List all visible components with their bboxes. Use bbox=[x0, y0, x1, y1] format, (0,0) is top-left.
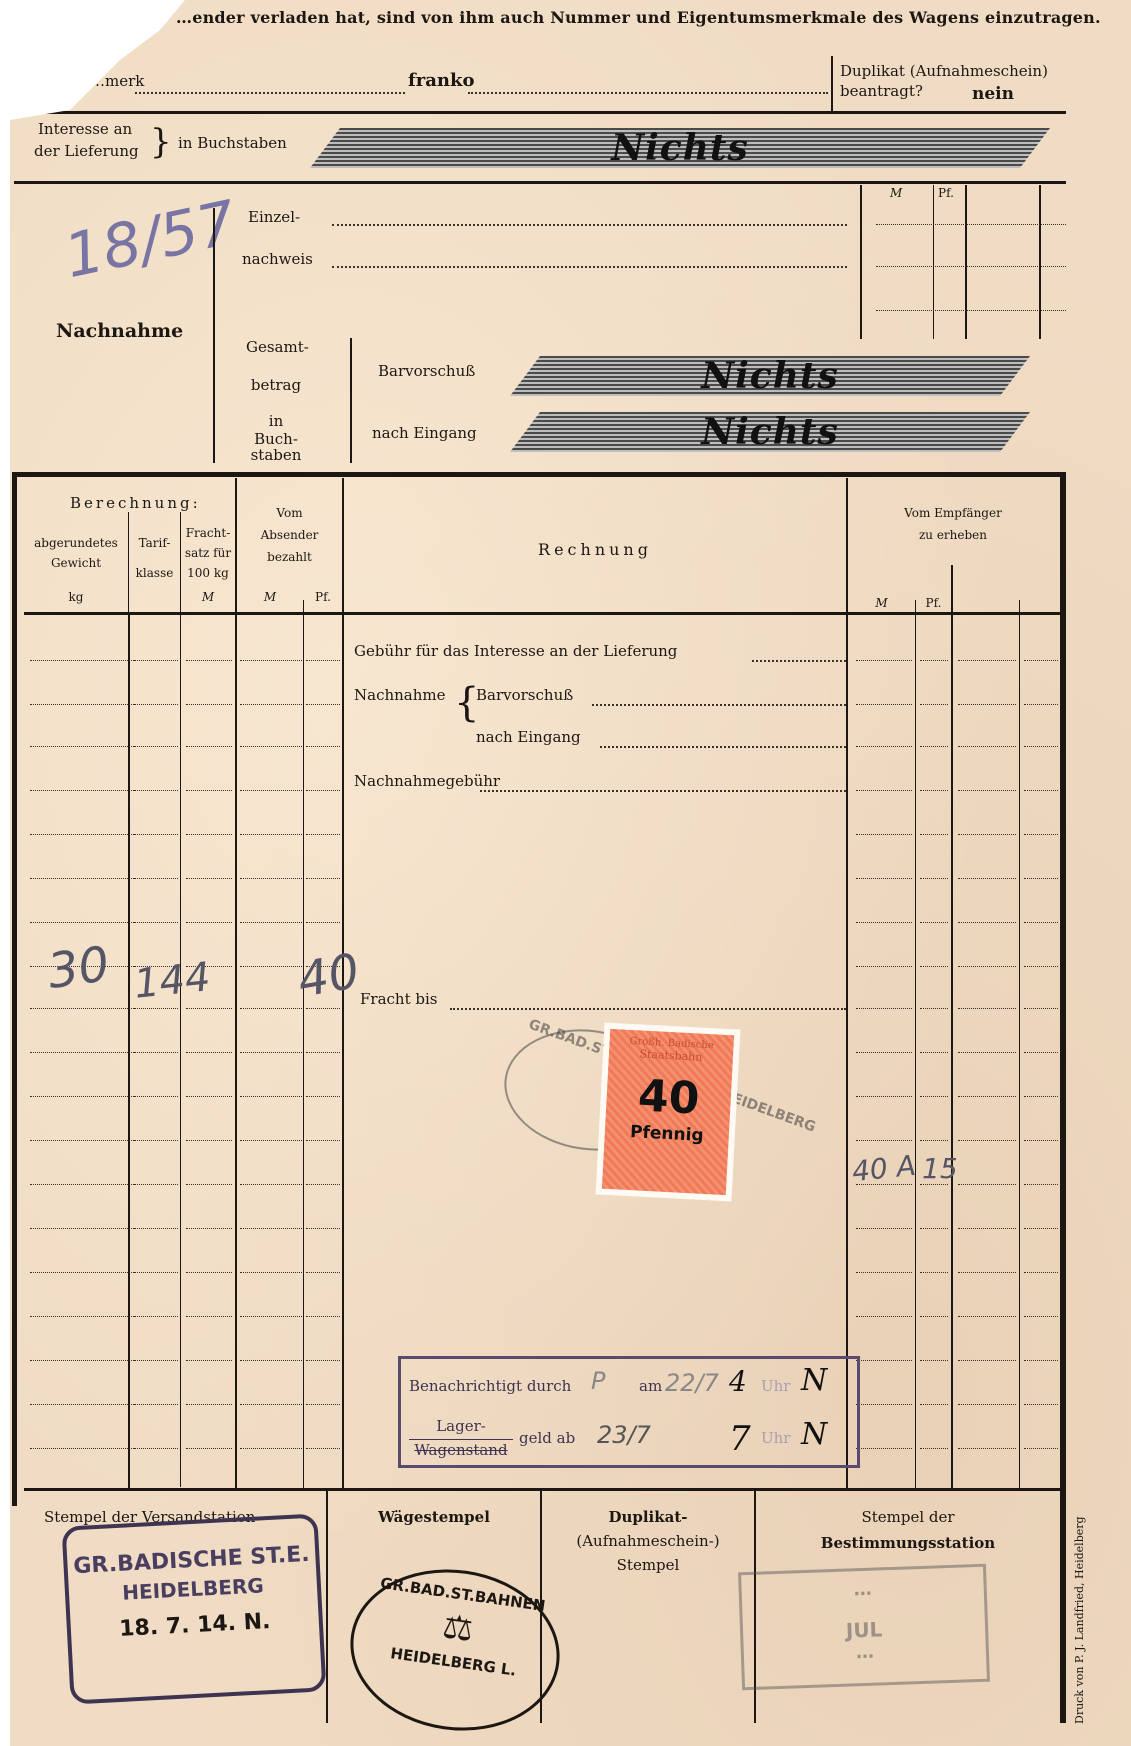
row-dotted-line bbox=[306, 1272, 340, 1273]
bestimmung-label-2: Bestimmungsstation bbox=[756, 1534, 1060, 1552]
col-divider bbox=[235, 478, 237, 1488]
row-dotted-line bbox=[958, 1316, 1016, 1317]
einzelnachweis-label-2: nachweis bbox=[242, 250, 313, 268]
row-dotted-line bbox=[958, 746, 1016, 747]
row-dotted-line bbox=[1024, 922, 1058, 923]
uhr-label-2: Uhr bbox=[761, 1429, 790, 1447]
row-dotted-line bbox=[186, 746, 232, 747]
row-dotted-line bbox=[1024, 1052, 1058, 1053]
row-dotted-line bbox=[306, 1404, 340, 1405]
row-nach-eingang-label: nach Eingang bbox=[476, 728, 581, 746]
row-dotted-line bbox=[920, 1448, 948, 1449]
row-dotted-line bbox=[240, 1272, 302, 1273]
row-dotted-line bbox=[186, 922, 232, 923]
row-dotted-line bbox=[1024, 1404, 1058, 1405]
row-dotted-line bbox=[240, 1140, 302, 1141]
row-dotted-line bbox=[306, 1316, 340, 1317]
row-dotted-line bbox=[856, 1052, 912, 1053]
row-dotted-line bbox=[30, 1404, 138, 1405]
notification-stamp-box: Benachrichtigt durch P am 22/7 4 Uhr N L… bbox=[398, 1356, 860, 1468]
franko-label: franko bbox=[408, 70, 474, 91]
row-dotted-line bbox=[134, 922, 178, 923]
row-dotted-line bbox=[306, 704, 340, 705]
row-dotted-line bbox=[856, 966, 912, 967]
row-dotted-line bbox=[134, 704, 178, 705]
col-gewicht-2: Gewicht bbox=[24, 556, 128, 570]
col-divider bbox=[860, 185, 862, 339]
row-dotted-line bbox=[920, 1140, 948, 1141]
duplikat-stamp-label-3: Stempel bbox=[542, 1556, 754, 1574]
versand-stamp-date: 18. 7. 14. N. bbox=[70, 1607, 319, 1645]
col-absender-pf: Pf. bbox=[304, 590, 342, 604]
row-dotted-line bbox=[958, 790, 1016, 791]
col-divider bbox=[1039, 185, 1041, 339]
row-dotted-line bbox=[958, 704, 1016, 705]
col-absender-1: Vom bbox=[237, 506, 342, 520]
row-dotted-line bbox=[306, 746, 340, 747]
row-dotted-line bbox=[134, 1316, 178, 1317]
row-dotted-line bbox=[240, 878, 302, 879]
row-dotted-line bbox=[134, 1228, 178, 1229]
col-gewicht-unit: kg bbox=[24, 590, 128, 604]
row-dotted-line bbox=[134, 1096, 178, 1097]
row-dotted-line bbox=[592, 704, 846, 706]
row-dotted-line bbox=[240, 834, 302, 835]
am-value: 22/7 bbox=[665, 1369, 719, 1397]
gesamt-label-1: Gesamt- bbox=[246, 338, 306, 356]
handwritten-absender: 40 bbox=[294, 943, 364, 1009]
waege-label: Wägestempel bbox=[328, 1508, 540, 1526]
row-dotted-line bbox=[30, 878, 138, 879]
row-dotted-line bbox=[30, 1008, 138, 1009]
col-mark: M bbox=[890, 186, 902, 200]
row-dotted-line bbox=[856, 1448, 912, 1449]
am-label: am bbox=[639, 1377, 662, 1395]
row-dotted-line bbox=[134, 1448, 178, 1449]
uhr-label-1: Uhr bbox=[761, 1377, 790, 1395]
row-dotted-line bbox=[920, 704, 948, 705]
row-dotted-line bbox=[30, 1228, 138, 1229]
wagenstand-label: Wagenstand bbox=[409, 1441, 513, 1459]
left-frame bbox=[12, 1488, 17, 1506]
row-dotted-line bbox=[958, 1272, 1016, 1273]
row-dotted-line bbox=[856, 1096, 912, 1097]
col-gewicht-1: abgerundetes bbox=[24, 536, 128, 550]
row-dotted-line bbox=[958, 660, 1016, 661]
row-dotted-line bbox=[920, 1316, 948, 1317]
am-suffix: N bbox=[801, 1363, 827, 1398]
row-dotted-line bbox=[856, 1228, 912, 1229]
row-dotted-line bbox=[186, 790, 232, 791]
row-dotted-line bbox=[30, 746, 138, 747]
handwritten-empfaenger-pf: 15 bbox=[922, 1152, 958, 1185]
geld-ab-value: 23/7 bbox=[597, 1421, 651, 1449]
row-dotted-line bbox=[1024, 1096, 1058, 1097]
bestimmung-stamp-line1: … bbox=[741, 1575, 984, 1604]
barvorschuss-label: Barvorschuß bbox=[378, 362, 475, 380]
row-dotted-line bbox=[1024, 966, 1058, 967]
row-dotted-line bbox=[1024, 704, 1058, 705]
row-dotted-line bbox=[1024, 1140, 1058, 1141]
row-dotted-line bbox=[920, 1096, 948, 1097]
row-dotted-line bbox=[480, 790, 846, 792]
row-dotted-line bbox=[186, 878, 232, 879]
col-divider bbox=[951, 565, 953, 1488]
durch-value: P bbox=[591, 1367, 605, 1395]
row-dotted-line bbox=[30, 1184, 138, 1185]
row-dotted-line bbox=[856, 1316, 912, 1317]
row-dotted-line bbox=[958, 1140, 1016, 1141]
row-dotted-line bbox=[240, 746, 302, 747]
row-dotted-line bbox=[30, 1360, 138, 1361]
row-dotted-line bbox=[186, 1448, 232, 1449]
row-dotted-line bbox=[306, 1360, 340, 1361]
row-dotted-line bbox=[240, 1008, 302, 1009]
row-dotted-line bbox=[186, 704, 232, 705]
col-pf: Pf. bbox=[938, 186, 954, 200]
handwritten-tarif: 144 bbox=[132, 954, 213, 1008]
col-empfaenger-1: Vom Empfänger bbox=[848, 506, 1058, 520]
row-dotted-line bbox=[240, 966, 302, 967]
header-rule bbox=[24, 612, 1062, 615]
row-dotted-line bbox=[306, 922, 340, 923]
row-dotted-line bbox=[1024, 1272, 1058, 1273]
bestimmung-label-1: Stempel der bbox=[756, 1508, 1060, 1526]
col-fracht-unit: M bbox=[181, 590, 235, 604]
row-dotted-line bbox=[920, 1360, 948, 1361]
row-fracht-bis-label: Fracht bis bbox=[360, 990, 437, 1008]
row-dotted-line bbox=[134, 1008, 178, 1009]
amount-line bbox=[876, 310, 1066, 311]
row-dotted-line bbox=[920, 966, 948, 967]
row-dotted-line bbox=[920, 1052, 948, 1053]
row-dotted-line bbox=[186, 1184, 232, 1185]
row-dotted-line bbox=[134, 1360, 178, 1361]
row-dotted-line bbox=[240, 1316, 302, 1317]
row-dotted-line bbox=[134, 1052, 178, 1053]
geld-time: 7 bbox=[729, 1419, 751, 1459]
row-dotted-line bbox=[30, 1096, 138, 1097]
row-dotted-line bbox=[240, 1228, 302, 1229]
amount-line bbox=[876, 224, 1066, 225]
einzelnachweis-line-2 bbox=[332, 266, 847, 268]
row-dotted-line bbox=[920, 790, 948, 791]
row-dotted-line bbox=[958, 1008, 1016, 1009]
row-dotted-line bbox=[240, 1052, 302, 1053]
vermerk-dotted-line bbox=[135, 92, 405, 94]
col-fracht-1: Fracht- bbox=[181, 526, 235, 540]
row-dotted-line bbox=[752, 660, 846, 662]
fraction-rule bbox=[409, 1439, 513, 1440]
row-dotted-line bbox=[186, 1140, 232, 1141]
row-dotted-line bbox=[920, 1228, 948, 1229]
row-dotted-line bbox=[958, 1360, 1016, 1361]
franko-dotted-line bbox=[468, 92, 828, 94]
row-dotted-line bbox=[306, 1228, 340, 1229]
lager-label: Lager- bbox=[409, 1417, 513, 1435]
row-dotted-line bbox=[30, 1052, 138, 1053]
row-dotted-line bbox=[134, 746, 178, 747]
nach-eingang-label: nach Eingang bbox=[372, 424, 477, 442]
col-divider bbox=[915, 600, 916, 1488]
row-dotted-line bbox=[920, 878, 948, 879]
row-dotted-line bbox=[1024, 660, 1058, 661]
row-dotted-line bbox=[1024, 878, 1058, 879]
row-dotted-line bbox=[958, 1448, 1016, 1449]
row-dotted-line bbox=[134, 1140, 178, 1141]
handwritten-gewicht: 30 bbox=[44, 936, 112, 1000]
row-dotted-line bbox=[856, 922, 912, 923]
rule bbox=[10, 111, 1066, 114]
row-dotted-line bbox=[958, 1096, 1016, 1097]
top-notice: …ender verladen hat, sind von ihm auch N… bbox=[176, 8, 1101, 27]
row-dotted-line bbox=[30, 1272, 138, 1273]
row-dotted-line bbox=[30, 660, 138, 661]
interesse-value-banner: Nichts bbox=[310, 128, 1050, 168]
duplikat-beantragt-label: beantragt? bbox=[840, 82, 923, 100]
footer-rule bbox=[24, 1488, 1066, 1491]
col-absender-2: Absender bbox=[237, 528, 342, 542]
col-empfaenger-m: M bbox=[848, 596, 915, 610]
col-divider bbox=[128, 612, 130, 1488]
row-dotted-line bbox=[134, 1184, 178, 1185]
row-dotted-line bbox=[240, 1448, 302, 1449]
row-dotted-line bbox=[186, 1404, 232, 1405]
row-dotted-line bbox=[186, 1316, 232, 1317]
row-dotted-line bbox=[30, 834, 138, 835]
col-divider bbox=[128, 512, 129, 612]
row-dotted-line bbox=[30, 1140, 138, 1141]
gesamt-brace bbox=[350, 338, 352, 463]
col-empfaenger-2: zu erheben bbox=[848, 528, 1058, 542]
col-absender-m: M bbox=[237, 590, 303, 604]
row-dotted-line bbox=[30, 704, 138, 705]
row-dotted-line bbox=[856, 1140, 912, 1141]
nach-eingang-value: Nichts bbox=[701, 411, 839, 453]
row-dotted-line bbox=[134, 878, 178, 879]
row-dotted-line bbox=[186, 660, 232, 661]
row-dotted-line bbox=[186, 1008, 232, 1009]
row-dotted-line bbox=[1024, 1448, 1058, 1449]
row-dotted-line bbox=[30, 922, 138, 923]
duplikat-value: nein bbox=[972, 84, 1014, 104]
barvorschuss-value: Nichts bbox=[701, 355, 839, 397]
barvorschuss-value-banner: Nichts bbox=[510, 356, 1030, 396]
col-empfaenger-pf: Pf. bbox=[916, 596, 951, 610]
handwritten-empfaenger: 40 A bbox=[850, 1149, 917, 1188]
row-dotted-line bbox=[1024, 1184, 1058, 1185]
row-dotted-line bbox=[306, 1008, 340, 1009]
row-dotted-line bbox=[856, 746, 912, 747]
col-tarif-2: klasse bbox=[129, 566, 180, 580]
row-dotted-line bbox=[186, 1360, 232, 1361]
waege-stamp: GR.BAD.ST.BAHNEN ⚖ HEIDELBERG L. bbox=[340, 1556, 570, 1744]
row-dotted-line bbox=[856, 1360, 912, 1361]
row-dotted-line bbox=[920, 922, 948, 923]
row-dotted-line bbox=[958, 1184, 1016, 1185]
row-dotted-line bbox=[306, 660, 340, 661]
row-dotted-line bbox=[186, 1272, 232, 1273]
interesse-label-2: der Lieferung bbox=[34, 142, 139, 160]
row-dotted-line bbox=[186, 1052, 232, 1053]
row-dotted-line bbox=[240, 1184, 302, 1185]
bestimmung-stamp: … JUL … bbox=[738, 1564, 990, 1691]
nach-eingang-value-banner: Nichts bbox=[510, 412, 1030, 452]
row-dotted-line bbox=[306, 1096, 340, 1097]
row-dotted-line bbox=[240, 922, 302, 923]
col-divider bbox=[933, 185, 934, 339]
right-frame bbox=[1060, 1491, 1066, 1723]
row-nachnahme-label: Nachnahme bbox=[354, 686, 446, 704]
amount-line bbox=[876, 266, 1066, 267]
in-buchstaben-label: in Buchstaben bbox=[178, 134, 287, 152]
einzelnachweis-label: Einzel- bbox=[248, 208, 300, 226]
col-divider bbox=[965, 185, 967, 339]
row-dotted-line bbox=[920, 1272, 948, 1273]
stamp-value: 40 bbox=[606, 1073, 732, 1123]
nachnahme-label: Nachnahme bbox=[56, 320, 183, 342]
col-fracht-2: satz für bbox=[181, 546, 235, 560]
row-dotted-line bbox=[30, 1316, 138, 1317]
row-dotted-line bbox=[134, 790, 178, 791]
row-dotted-line bbox=[1024, 834, 1058, 835]
row-dotted-line bbox=[1024, 1316, 1058, 1317]
row-dotted-line bbox=[856, 1272, 912, 1273]
row-dotted-line bbox=[240, 1404, 302, 1405]
col-tarif-1: Tarif- bbox=[129, 536, 180, 550]
berechnung-label: Berechnung: bbox=[70, 494, 201, 512]
duplikat-label: Duplikat (Aufnahmeschein) bbox=[840, 62, 1048, 80]
row-dotted-line bbox=[856, 1008, 912, 1009]
row-dotted-line bbox=[600, 746, 846, 748]
row-dotted-line bbox=[450, 1008, 846, 1010]
brace: } bbox=[150, 122, 172, 162]
row-dotted-line bbox=[186, 1096, 232, 1097]
revenue-stamp: Großh. Badische Staatsbahn 40 Pfennig bbox=[596, 1023, 741, 1202]
row-dotted-line bbox=[306, 1448, 340, 1449]
row-dotted-line bbox=[186, 834, 232, 835]
row-dotted-line bbox=[856, 790, 912, 791]
row-gebuehr-label: Gebühr für das Interesse an der Lieferun… bbox=[354, 642, 677, 660]
duplikat-stamp-label-2: (Aufnahmeschein-) bbox=[542, 1532, 754, 1550]
row-dotted-line bbox=[306, 834, 340, 835]
row-barvorschuss-label: Barvorschuß bbox=[476, 686, 573, 704]
row-dotted-line bbox=[958, 1404, 1016, 1405]
nachnahme-brace bbox=[213, 208, 215, 463]
row-dotted-line bbox=[920, 1008, 948, 1009]
col-divider bbox=[1019, 600, 1020, 1488]
waybill-document: …ender verladen hat, sind von ihm auch N… bbox=[10, 0, 1131, 1746]
stamp-unit: Pfennig bbox=[604, 1121, 729, 1147]
col-fracht-3: 100 kg bbox=[181, 566, 235, 580]
vermerk-label: …merk bbox=[90, 72, 144, 90]
row-dotted-line bbox=[920, 746, 948, 747]
row-dotted-line bbox=[240, 1360, 302, 1361]
row-dotted-line bbox=[240, 1096, 302, 1097]
row-dotted-line bbox=[958, 1228, 1016, 1229]
row-dotted-line bbox=[1024, 1228, 1058, 1229]
divider bbox=[831, 56, 833, 112]
col-absender-3: bezahlt bbox=[237, 550, 342, 564]
am-time: 4 bbox=[729, 1365, 747, 1398]
row-dotted-line bbox=[306, 790, 340, 791]
row-dotted-line bbox=[306, 1052, 340, 1053]
interesse-label: Interesse an bbox=[38, 120, 132, 138]
row-dotted-line bbox=[134, 1404, 178, 1405]
row-dotted-line bbox=[240, 704, 302, 705]
printer-imprint: Druck von P. J. Landfried, Heidelberg bbox=[1073, 1516, 1086, 1724]
row-dotted-line bbox=[1024, 790, 1058, 791]
row-dotted-line bbox=[306, 1140, 340, 1141]
row-dotted-line bbox=[856, 878, 912, 879]
row-dotted-line bbox=[30, 790, 138, 791]
row-dotted-line bbox=[958, 834, 1016, 835]
benachrichtigt-label: Benachrichtigt durch bbox=[409, 1377, 571, 1395]
gesamt-label-3: in Buch- bbox=[246, 412, 306, 448]
row-dotted-line bbox=[240, 790, 302, 791]
interesse-value: Nichts bbox=[611, 127, 749, 169]
row-dotted-line bbox=[856, 1404, 912, 1405]
row-dotted-line bbox=[1024, 1360, 1058, 1361]
row-dotted-line bbox=[1024, 746, 1058, 747]
row-dotted-line bbox=[856, 704, 912, 705]
row-dotted-line bbox=[134, 660, 178, 661]
einzelnachweis-line-1 bbox=[332, 224, 847, 226]
row-dotted-line bbox=[134, 834, 178, 835]
row-dotted-line bbox=[30, 1448, 138, 1449]
duplikat-stamp-label-1: Duplikat- bbox=[542, 1508, 754, 1526]
row-nachnahmegebuehr-label: Nachnahmegebühr bbox=[354, 772, 500, 790]
col-divider bbox=[846, 478, 848, 1488]
row-dotted-line bbox=[920, 1404, 948, 1405]
row-dotted-line bbox=[920, 834, 948, 835]
row-dotted-line bbox=[958, 878, 1016, 879]
gesamt-label-4: staben bbox=[246, 446, 306, 464]
row-dotted-line bbox=[306, 1184, 340, 1185]
row-dotted-line bbox=[306, 878, 340, 879]
row-dotted-line bbox=[856, 834, 912, 835]
row-dotted-line bbox=[856, 660, 912, 661]
row-dotted-line bbox=[1024, 1008, 1058, 1009]
row-dotted-line bbox=[958, 966, 1016, 967]
row-dotted-line bbox=[920, 660, 948, 661]
versand-stamp: GR.BADISCHE ST.E. HEIDELBERG 18. 7. 14. … bbox=[62, 1513, 327, 1704]
geld-ab-label: geld ab bbox=[519, 1429, 575, 1447]
row-dotted-line bbox=[958, 922, 1016, 923]
col-divider bbox=[303, 600, 304, 1488]
geld-suffix: N bbox=[801, 1417, 827, 1452]
rule bbox=[14, 181, 1066, 184]
row-dotted-line bbox=[134, 1272, 178, 1273]
row-dotted-line bbox=[958, 1052, 1016, 1053]
row-dotted-line bbox=[186, 1228, 232, 1229]
col-rechnung: Rechnung bbox=[344, 540, 846, 559]
row-dotted-line bbox=[240, 660, 302, 661]
gesamt-label-2: betrag bbox=[246, 376, 306, 394]
